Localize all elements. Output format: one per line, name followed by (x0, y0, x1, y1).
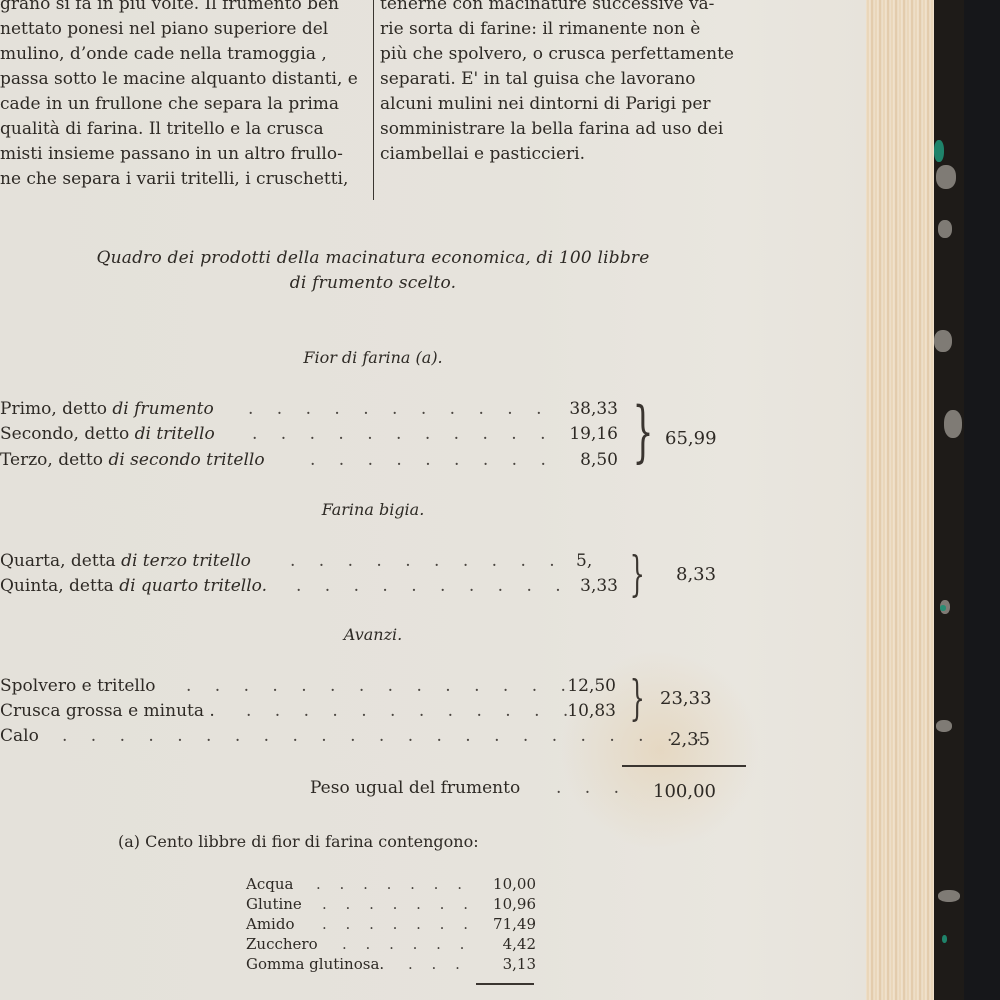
text-line: mulino, d’onde cade nella tramoggia , (0, 42, 370, 67)
subtotal-value: 65,99 (665, 428, 717, 449)
book-page: grano si fa in più volte. Il frumento be… (0, 0, 866, 1000)
table-row-total: Peso ugual del frumento . . . (310, 776, 520, 800)
subtotal-value: 8,33 (676, 564, 716, 585)
row-label: Secondo, detto di tritello (0, 424, 215, 444)
text-line: nettato ponesi nel piano superiore del (0, 17, 370, 42)
row-value: 3,33 (538, 574, 618, 598)
composition-row: Zucchero . . . . . . 4,42 (246, 935, 536, 953)
leader-dots: . . . . . . . . . . (296, 574, 570, 598)
book-binding (934, 0, 964, 1000)
row-value: 38,33 (538, 397, 618, 421)
composition-row: Gomma glutinosa. . . . 3,13 (246, 955, 536, 973)
grouping-brace: } (630, 670, 645, 726)
total-value: 100,00 (653, 781, 716, 802)
row-value: 5, (538, 549, 618, 573)
composition-label: Zucchero (246, 935, 318, 953)
table-row: Crusca grossa e minuta . . . . . . . . .… (0, 699, 215, 723)
row-label: Quarta, detta di terzo tritello (0, 551, 251, 571)
row-value: 12,50 (536, 674, 616, 698)
row-label: Spolvero e tritello (0, 676, 156, 696)
leader-dots: . . . . . . . . . . . (252, 422, 554, 446)
leader-dots: . . . . . . (342, 935, 471, 953)
table-row: Secondo, detto di tritello . . . . . . .… (0, 422, 215, 446)
text-line: tenerne con macinature successive va- (380, 0, 748, 17)
text-line: più che spolvero, o crusca perfettamente (380, 42, 748, 67)
text-line: ne che separa i varii tritelli, i crusch… (0, 167, 370, 192)
leader-dots: . . . . . . . (322, 915, 475, 933)
text-line: grano si fa in più volte. Il frumento be… (0, 0, 370, 17)
composition-label: Amido (246, 915, 295, 933)
calo-value: 2,35 (670, 729, 710, 750)
leader-dots: . . . . . . . . . . . . . . . . . . . . … (62, 724, 710, 748)
sum-rule (622, 765, 746, 767)
column-divider (373, 0, 374, 200)
row-value: 10,83 (536, 699, 616, 723)
text-column-right: tenerne con macinature successive va- ri… (380, 0, 748, 167)
grouping-brace: } (630, 546, 645, 602)
leader-dots: . . . . . . . (322, 895, 475, 913)
table-title: Quadro dei prodotti della macinatura eco… (0, 248, 746, 268)
row-label: Calo (0, 726, 39, 746)
composition-row: Amido . . . . . . . 71,49 (246, 915, 536, 933)
composition-row: Glutine . . . . . . . 10,96 (246, 895, 536, 913)
composition-label: Acqua (246, 875, 293, 893)
section-heading: Avanzi. (0, 625, 746, 644)
leader-dots: . . . . . . . (316, 875, 469, 893)
text-line: alcuni mulini nei dintorni di Parigi per (380, 92, 748, 117)
composition-value: 3,13 (503, 955, 536, 973)
table-row-calo: Calo . . . . . . . . . . . . . . . . . .… (0, 724, 39, 748)
table-row: Quinta, detta di quarto tritello. . . . … (0, 574, 267, 598)
section-heading: Farina bigia. (0, 500, 746, 519)
leader-dots: . . . (408, 955, 467, 973)
row-label: Quinta, detta di quarto tritello. (0, 576, 267, 596)
leader-dots: . . . (556, 776, 628, 800)
composition-value: 10,96 (493, 895, 536, 913)
section-heading: Fior di farina (a). (0, 348, 746, 367)
table-row: Spolvero e tritello . . . . . . . . . . … (0, 674, 156, 698)
composition-value: 4,42 (503, 935, 536, 953)
leader-dots: . . . . . . . . . . . . (246, 699, 577, 723)
text-line: misti insieme passano in un altro frullo… (0, 142, 370, 167)
text-line: passa sotto le macine alquanto distanti,… (0, 67, 370, 92)
text-line: qualità di farina. Il tritello e la crus… (0, 117, 370, 142)
composition-value: 71,49 (493, 915, 536, 933)
row-label: Terzo, detto di secondo tritello (0, 450, 265, 470)
leader-dots: . . . . . . . . . . (290, 549, 564, 573)
leader-dots: . . . . . . . . . (310, 448, 555, 472)
row-label: Crusca grossa e minuta . (0, 701, 215, 721)
book-cover (964, 0, 1000, 1000)
table-row: Quarta, detta di terzo tritello . . . . … (0, 549, 251, 573)
row-label: Primo, detto di frumento (0, 399, 214, 419)
grouping-brace: } (633, 392, 654, 472)
text-line: rie sorta di farine: il rimanente non è (380, 17, 748, 42)
text-line: separati. E' in tal guisa che lavorano (380, 67, 748, 92)
row-label: Peso ugual del frumento (310, 778, 520, 798)
composition-label: Glutine (246, 895, 302, 913)
leader-dots: . . . . . . . . . . . (248, 397, 550, 421)
subtotal-value: 23,33 (660, 688, 712, 709)
text-line: cade in un frullone che separa la prima (0, 92, 370, 117)
row-value: 19,16 (538, 422, 618, 446)
text-line: ciambellai e pasticcieri. (380, 142, 748, 167)
page-edges (866, 0, 934, 1000)
composition-label: Gomma glutinosa. (246, 955, 384, 973)
footnote-heading: (a) Cento libbre di fior di farina conte… (118, 832, 479, 851)
footnote-sum-rule (476, 983, 534, 985)
row-value: 8,50 (538, 448, 618, 472)
text-line: somministrare la bella farina ad uso dei (380, 117, 748, 142)
table-row: Terzo, detto di secondo tritello . . . .… (0, 448, 265, 472)
text-column-left: grano si fa in più volte. Il frumento be… (0, 0, 370, 192)
table-row: Primo, detto di frumento . . . . . . . .… (0, 397, 214, 421)
composition-value: 10,00 (493, 875, 536, 893)
composition-row: Acqua . . . . . . . 10,00 (246, 875, 536, 893)
leader-dots: . . . . . . . . . . . . . . (186, 674, 575, 698)
table-title-cont: di frumento scelto. (0, 273, 746, 293)
